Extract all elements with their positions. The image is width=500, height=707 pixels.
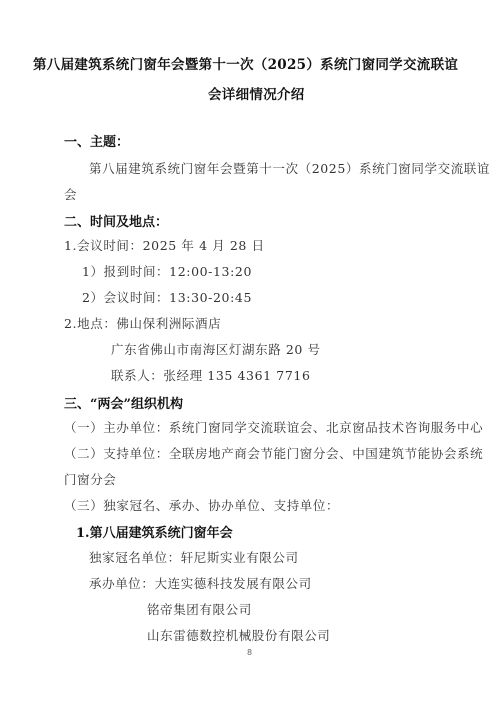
meeting-date: 1.会议时间：2025 年 4 月 28 日 [64,236,265,254]
venue-address: 广东省佛山市南海区灯湖东路 20 号 [111,340,321,358]
sponsors-intro: （三）独家冠名、承办、协办单位、支持单位： [64,496,339,514]
document-title-line2: 会详细情况介绍 [208,83,305,103]
theme-text-line1: 第八届建筑系统门窗年会暨第十一次（2025）系统门窗同学交流联谊 [89,159,490,177]
section-heading-time-place: 二、时间及地点： [64,211,168,230]
subsection-heading-annual-meeting: 1.第八届建筑系统门窗年会 [76,522,233,541]
page-number: 8 [247,648,252,657]
host-unit-1: 承办单位：大连实德科技发展有限公司 [89,574,312,592]
host-unit-2: 铭帝集团有限公司 [147,600,252,618]
section-heading-theme: 一、主题： [64,131,129,150]
venue: 2.地点：佛山保利洲际酒店 [64,314,221,332]
contact-person: 联系人：张经理 135 4361 7716 [111,366,311,384]
document-title-line1: 第八届建筑系统门窗年会暨第十一次（2025）系统门窗同学交流联谊 [33,53,458,73]
organizers: （一）主办单位：系统门窗同学交流联谊会、北京窗品技术咨询服务中心 [64,418,483,436]
supporters-line1: （二）支持单位：全联房地产商会节能门窗分会、中国建筑节能协会系统 [64,444,483,462]
supporters-line2: 门窗分会 [64,470,116,488]
host-unit-3: 山东雷德数控机械股份有限公司 [147,626,330,644]
title-sponsor: 独家冠名单位：轩尼斯实业有限公司 [89,548,299,566]
registration-time: 1）报到时间：12:00-13:20 [82,262,252,280]
theme-text-line2: 会 [64,185,77,203]
section-heading-organization: 三、“两会”组织机构 [64,393,183,412]
session-time: 2）会议时间：13:30-20:45 [82,288,252,306]
